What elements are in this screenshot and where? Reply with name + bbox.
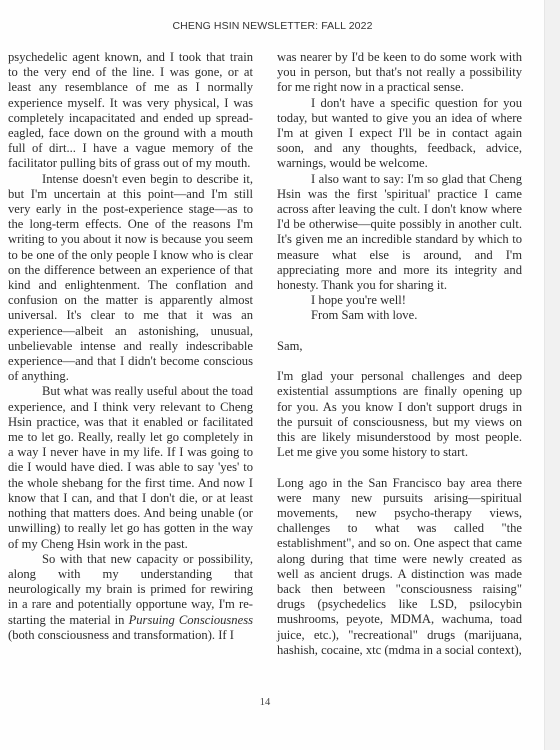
- newsletter-page: CHENG HSIN NEWSLETTER: FALL 2022 psyched…: [0, 0, 545, 750]
- paragraph-text: (both consciousness and transformation).…: [8, 628, 234, 642]
- paragraph: So with that new capacity or possibility…: [8, 552, 253, 643]
- paragraph: I don't have a specific question for you…: [277, 96, 522, 172]
- paragraph: psychedelic agent known, and I took that…: [8, 50, 253, 172]
- paragraph: was nearer by I'd be keen to do some wor…: [277, 50, 522, 96]
- signature: From Sam with love.: [277, 308, 522, 323]
- right-column: was nearer by I'd be keen to do some wor…: [277, 50, 522, 658]
- paragraph: I also want to say: I'm so glad that Che…: [277, 172, 522, 294]
- salutation: Sam,: [277, 339, 522, 354]
- page-edge: [544, 0, 560, 750]
- left-column: psychedelic agent known, and I took that…: [8, 50, 253, 643]
- closing-line: I hope you're well!: [277, 293, 522, 308]
- paragraph: Long ago in the San Francisco bay area t…: [277, 476, 522, 658]
- page-number: 14: [0, 697, 530, 708]
- book-title: Pursuing Consciousness: [129, 613, 253, 627]
- running-header: CHENG HSIN NEWSLETTER: FALL 2022: [0, 20, 545, 32]
- paragraph: I'm glad your personal challenges and de…: [277, 369, 522, 460]
- paragraph: Intense doesn't even begin to describe i…: [8, 172, 253, 385]
- paragraph: But what was really useful about the toa…: [8, 384, 253, 551]
